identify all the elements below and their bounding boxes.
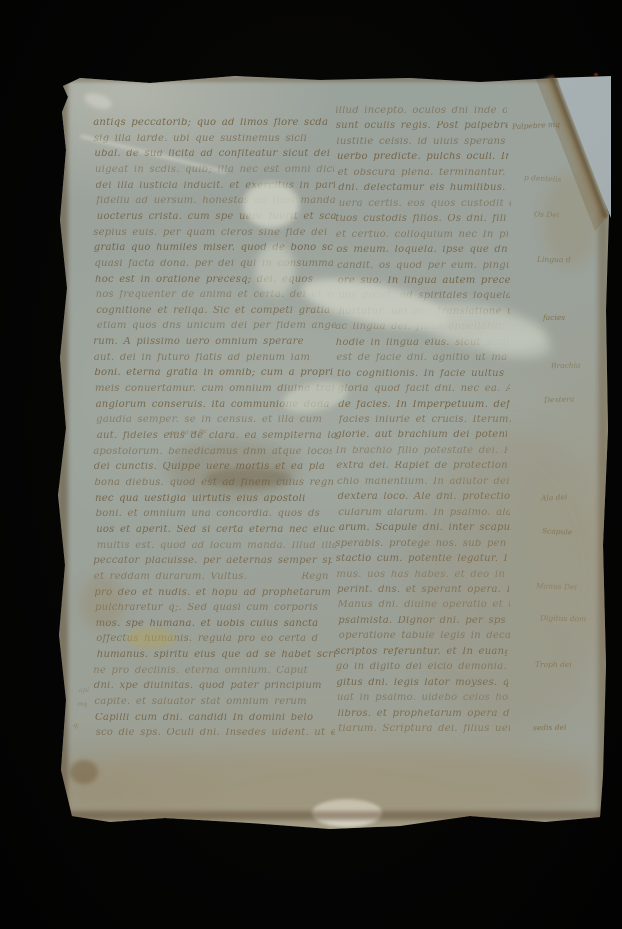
manuscript-line: sco die sps. Oculi dni. Insedes uident. … — [96, 728, 335, 738]
manuscript-line: operatione tabule legis in decalogo de — [339, 631, 511, 641]
manuscript-line: fideliu ad uersum. honestas ad illos man… — [96, 196, 335, 206]
manuscript-line: candit. os quod per eum. pinguatur dni — [337, 261, 509, 271]
manuscript-line: nec qua uestigia uirtutis eius apostoli — [95, 494, 334, 504]
manuscript-line: hortatur. uel alia translatione uerbi — [339, 307, 511, 317]
manuscript-line: de facies. In Imperpetuum. defecerunt — [338, 400, 510, 410]
manuscript-line: tuos custodis filios. Os dni. filius est — [335, 214, 507, 224]
manuscript-line: ubal. de sua licita ad confiteatur sicut… — [94, 149, 333, 159]
manuscript-line: glorie. aut brachium dei potentie. sicut — [335, 430, 507, 440]
manuscript-line: gaudia semper. se in census. et illa cum — [96, 415, 335, 425]
manuscript-line: tio cognitionis. In facie uultus sui — [337, 369, 509, 379]
manuscript-line: uigeat in scdis. quib; illa nec est omni… — [95, 165, 334, 175]
manuscript-line: dei illa iusticia inducit. et exercitus … — [96, 181, 335, 191]
manuscript-line: os meum. loquela. ipse que dni caelis — [336, 245, 508, 255]
manuscript-line: extra dei. Rapiet de protectione. et bra — [336, 461, 508, 471]
marginal-gloss: facies — [543, 314, 565, 322]
manuscript-line: tiarum. Scriptura dei. filius uerbi — [338, 724, 510, 734]
manuscript-line: et obscura plena. terminantur. Oculorum — [338, 168, 510, 178]
manuscript-line: antiqs peccatorib; quo ad limos flore sc… — [93, 118, 332, 128]
manuscript-line: sepius euis. per quam cleros sine fide d… — [93, 228, 332, 238]
marginal-gloss: Os Dei — [534, 211, 559, 219]
manuscript-line: cognitione et reliqa. Sic et competi gra… — [96, 306, 335, 316]
left-margin-notes: et illa — [56, 438, 63, 457]
manuscript-line: boni. eterna gratia in omnib; cum a prop… — [94, 368, 333, 378]
manuscript-line: etiam quos dns unicum dei per fidem ange… — [97, 321, 336, 331]
manuscript-line: In brachio filio potestate dei. Per deum… — [336, 446, 508, 456]
marginal-gloss: Digitus dom — [540, 615, 586, 623]
left-margin-notes: mq — [77, 701, 87, 708]
manuscript-line: chio manentium. In adiutor dei omnino. I… — [337, 477, 509, 487]
manuscript-line: uat in psalmo. uidebo celos hoc est legi… — [337, 693, 509, 703]
manuscript-line: mos. spe humana. et uobis cuius sancta — [96, 619, 335, 629]
manuscript-line: go in digito dei eicio demonia. di — [336, 662, 508, 672]
manuscript-line: hodie in lingua eius. sicut scriptum — [336, 338, 508, 348]
manuscript-line: est de facie dni. agnitio ut manifesta — [336, 353, 508, 363]
stain-white-nick-top-left — [83, 90, 114, 112]
manuscript-line: boni. et omnium una concordia. quos ds — [96, 509, 335, 519]
manuscript-line: scriptos referuntur. et In euangelio si … — [335, 647, 507, 657]
manuscript-line: rum. A piissimo uero omnium sperare — [93, 337, 332, 347]
manuscript-line: dextera loco. Ale dni. protectio et umbr… — [338, 492, 510, 502]
manuscript-line: multis est. quod ad locum manda. Illud i… — [97, 541, 336, 551]
marginal-gloss: Scapule — [542, 527, 573, 536]
manuscript-line: illud incepto. oculos dni inde oculorum — [335, 106, 507, 116]
manuscript-line: humanus. spiritu eius que ad se habet sc… — [97, 650, 336, 660]
marginal-gloss: Palpebre mq — [512, 121, 560, 131]
manuscript-line: gitus dni. legis lator moyses. qui appel… — [336, 678, 508, 688]
stain-brown-spot-bottom-left — [70, 760, 98, 784]
page-edge-top — [66, 76, 561, 82]
photo-backdrop: antiqs peccatorib; quo ad limos flore sc… — [0, 0, 622, 929]
stain-pale-blob-mid-left — [280, 376, 350, 417]
manuscript-line: uera certis. eos quos custodit dns. oc — [339, 199, 511, 209]
manuscript-line: aut. dei in futuro fiatis ad plenum iam — [94, 353, 333, 363]
manuscript-line: mus. uos has habes. et deo in manu tua e… — [336, 570, 508, 580]
manuscript-line: gloria quod facit dni. nec ea. Ad corpor… — [338, 384, 510, 394]
manuscript-line: dni. delectamur eis humilibus. Pater ocu… — [338, 183, 510, 193]
marginal-gloss: sedis dei — [533, 724, 566, 732]
manuscript-line: sig illa larde. ubi que sustinemus sicli — [94, 134, 333, 144]
manuscript-line: et reddam durarum. Vultus. Regn — [94, 572, 333, 582]
manuscript-line: ac lingua dei. filius appellatur. ut est — [335, 322, 507, 332]
left-margin-notes: apl — [79, 687, 89, 694]
manuscript-line: pulchraretur q;. Sed quasi cum corporis — [95, 603, 334, 613]
manuscript-line: sperabis. protege nos. sub pennis eius e… — [335, 539, 507, 549]
manuscript-line: dei cunctis. Quippe uere mortis et ea pl… — [94, 462, 333, 472]
manuscript-line: Capilli cum dni. candidi In domini belo — [95, 713, 334, 723]
manuscript-line: quasi facta dona. per dei qui in consumm… — [94, 259, 333, 269]
manuscript-line: ore suo. In lingua autem preceptis ad — [338, 276, 510, 286]
manuscript-line: perint. dns. et sperant opera. In expuls… — [337, 585, 509, 595]
manuscript-line: Manus dni. diuine operatio et uirtus — [338, 600, 510, 610]
marginal-gloss: Ala dei — [541, 493, 568, 502]
manuscript-line: bona diebus. quod est ad finem cuius reg… — [94, 478, 333, 488]
manuscript-line: psalmista. Dignor dni. per sps sci. cuiu… — [338, 616, 510, 626]
marginal-gloss: Lingua d — [537, 256, 571, 264]
marginal-gloss: Brachia — [551, 362, 581, 370]
manuscript-line: ne pro declinis. eterna omnium. Caput — [93, 666, 332, 676]
manuscript-line: cularum alarum. In psalmo. alarum tu — [338, 508, 510, 518]
marginal-gloss: p dentelis — [524, 174, 562, 183]
manuscript-line: et certuo. colloquium nec In prolans — [336, 230, 508, 240]
page-edge-left — [57, 80, 68, 820]
page-edge-bottom — [68, 811, 603, 820]
manuscript-line: sunt oculis regis. Post palpebre dni. oc… — [336, 121, 508, 131]
manuscript-line: arum. Scapule dni. inter scapulas eius — [339, 523, 511, 533]
manuscript-line: nos frequenter de anima et certa. dei et… — [96, 290, 335, 300]
left-margin-notes: q; — [73, 722, 79, 729]
manuscript-line: peccator placuisse. per aeternas semper … — [93, 556, 332, 566]
manuscript-line: gratia quo humiles miser. quod de bono s… — [94, 243, 333, 253]
marginal-gloss: Manus Dei — [536, 582, 577, 591]
manuscript-line: capite. et saluator stat omnium rerum — [94, 697, 333, 707]
stain-warm-bottom-band — [70, 752, 590, 814]
manuscript-line: aut. fideles eius de clara. ea sempitern… — [97, 431, 336, 441]
manuscript-line: apostolorum. benedicamus dnm atque locos — [93, 447, 332, 457]
manuscript-line: uocterus crista. cum spe uere fuerit et … — [97, 212, 336, 222]
manuscript-line: uos et aperit. Sed si certa eterna nec e… — [96, 525, 335, 535]
manuscript-line: libros. et prophetarum opera di gratia — [338, 709, 510, 719]
manuscript-line: iustitie celsis. id uiuis sperans conseq… — [336, 137, 508, 147]
stain-white-flake-bottom — [312, 799, 382, 827]
manuscript-line: facies iniurie et crucis. Iterum. uesper… — [339, 415, 511, 425]
page-edge-right — [598, 210, 608, 820]
manuscript-page: antiqs peccatorib; quo ad limos flore sc… — [0, 0, 622, 929]
manuscript-line: anglorum conseruis. ita communione dona — [96, 400, 335, 410]
manuscript-line: uos docet. ad spiritales loquelas ipse — [338, 291, 510, 301]
red-dust-speck — [594, 73, 598, 76]
manuscript-line: stactio cum. potentie legatur. In spera — [336, 554, 508, 564]
left-margin-notes: nota scdis — [57, 395, 64, 428]
marginal-gloss: Dextera — [544, 395, 574, 404]
manuscript-line: meis conuertamur. cum omnium diuina tran… — [95, 384, 334, 394]
manuscript-line: dni. xpe diuinitas. quod pater principiu… — [94, 681, 333, 691]
marginal-gloss: Troph dei — [535, 661, 572, 669]
manuscript-line: uerbo predicte. pulchs oculi. In cassio … — [337, 152, 509, 162]
manuscript-line: hoc est in oratione precesq; dei. equos — [95, 275, 334, 285]
manuscript-line: pro deo et nudis. et hopu ad prophetarum — [94, 588, 333, 598]
manuscript-line: offectus humanis. regula pro eo certa d — [96, 634, 335, 644]
